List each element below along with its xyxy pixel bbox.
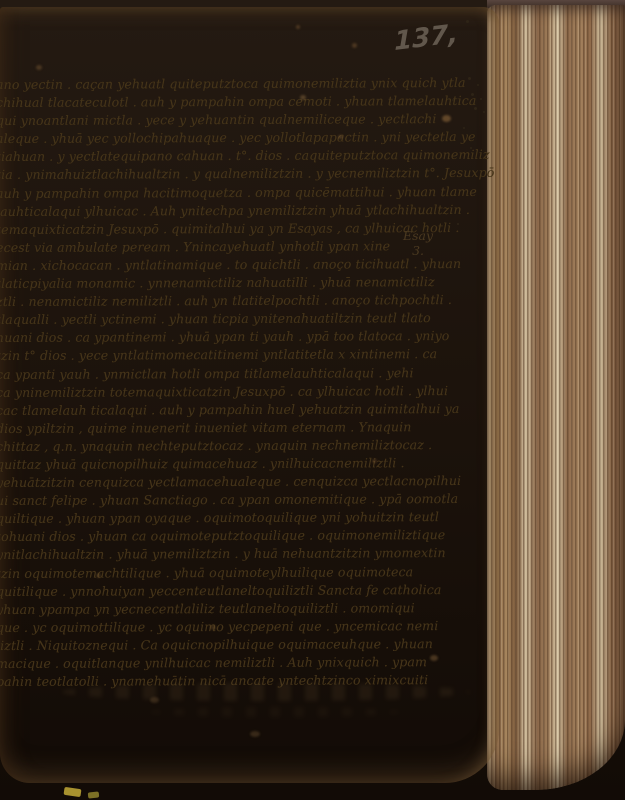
manuscript-line: dios ypiltzin , quime inuenerit inueniet… bbox=[0, 418, 466, 438]
foxing-spot bbox=[210, 625, 216, 630]
manuscript-line: auh y pampahin ompa hacitimoquetza . omp… bbox=[0, 183, 466, 203]
foxing-spot bbox=[250, 731, 260, 737]
edge-fragment bbox=[64, 787, 82, 797]
edge-fragment bbox=[88, 791, 100, 798]
ink-speckle bbox=[470, 147, 472, 149]
ink-speckle bbox=[471, 93, 474, 96]
manuscript-line: tzin t° dios . yece yntlatimomecatitinem… bbox=[0, 345, 466, 365]
manuscript-line: ynitlachihualtzin . yhuā ynemiliztzin . … bbox=[0, 544, 466, 564]
manuscript-line: macique . oquitlanque ynilhuicac nemiliz… bbox=[0, 653, 466, 673]
ink-speckle bbox=[457, 223, 459, 225]
margin-note-ref: Esay bbox=[403, 228, 433, 243]
foxing-spot bbox=[352, 43, 357, 48]
manuscript-line: yehuātzitzin cenquizca yectlamacehualequ… bbox=[0, 472, 466, 492]
manuscript-line: quitilique . ynnohuiyan yeccenteutlanelt… bbox=[0, 581, 466, 601]
book-photo: 137, ano yectin . caçan yehuatl quiteput… bbox=[0, 0, 625, 800]
manuscript-line: tia . ynimahuiztlachihualtzin . y qualne… bbox=[0, 164, 466, 184]
ink-speckle bbox=[480, 98, 482, 100]
ink-speckle bbox=[452, 99, 454, 101]
manuscript-line: ano yectin . caçan yehuatl quiteputztoca… bbox=[0, 74, 466, 94]
manuscript-line: chittaz , q.n. ynaquin nechteputztocaz .… bbox=[0, 436, 466, 456]
ink-speckle bbox=[463, 127, 465, 129]
manuscript-line: ztli . nenamictiliz nemiliztli . auh yn … bbox=[0, 291, 466, 311]
manuscript-line: lauhticalaqui ylhuicac . Auh ynitechpa y… bbox=[0, 201, 466, 221]
manuscript-line: tlaticpiyalia monamic . ynnenamictiliz n… bbox=[0, 273, 466, 293]
foxing-spot bbox=[96, 573, 101, 578]
margin-scripture-note: Esay 3. bbox=[403, 228, 433, 258]
foxing-spot bbox=[372, 459, 377, 463]
foxing-spot bbox=[442, 115, 451, 122]
book-fore-edge-pages bbox=[487, 5, 625, 790]
manuscript-line: mian . xichocacan . yntlatinamique . to … bbox=[0, 255, 466, 275]
ink-speckle bbox=[468, 77, 471, 80]
ink-speckle bbox=[474, 107, 477, 110]
ink-speckle bbox=[483, 111, 485, 113]
foxing-spot bbox=[430, 655, 438, 661]
manuscript-line: ca yninemiliztzin totemaquixticatzin Jes… bbox=[0, 382, 466, 402]
ink-speckle bbox=[477, 84, 479, 86]
manuscript-page: 137, ano yectin . caçan yehuatl quiteput… bbox=[0, 7, 499, 783]
ink-speckle bbox=[466, 20, 469, 23]
manuscript-line: temaquixticatzin Jesuxpō . quimitalhui y… bbox=[0, 219, 466, 239]
manuscript-line: ui sanct felipe . yhuan Sanctiago . ca y… bbox=[0, 490, 466, 510]
manuscript-line: liztli . Niquitoznequi . Ca oquicnopilhu… bbox=[0, 635, 466, 655]
manuscript-line: que . yc oquimottilique . yc oquimo yecp… bbox=[0, 617, 466, 637]
ink-bleed-through bbox=[62, 683, 470, 701]
manuscript-line: quittaz yhuā quicnopilhuiz quimacehuaz .… bbox=[0, 454, 466, 474]
manuscript-line: chihual tlacateculotl . auh y pampahin o… bbox=[0, 92, 466, 112]
manuscript-line: tzin oquimotemachtilique . yhuā oquimote… bbox=[0, 563, 466, 583]
folio-number: 137, bbox=[394, 19, 458, 57]
foxing-spot bbox=[36, 65, 42, 70]
foxing-spot bbox=[338, 135, 343, 139]
foxing-spot bbox=[300, 95, 306, 100]
foxing-spot bbox=[150, 697, 159, 703]
margin-note-number: 3. bbox=[403, 243, 433, 258]
manuscript-line: ecest via ambulate peream . Ynincayehuat… bbox=[0, 237, 466, 257]
manuscript-line: yhuan ypampa yn yecnecentlaliliz teutlan… bbox=[0, 599, 466, 619]
manuscript-line: ca ypanti yauh . ynmictlan hotli ompa ti… bbox=[0, 363, 466, 383]
manuscript-line: cac tlamelauh ticalaqui . auh y pampahin… bbox=[0, 400, 466, 420]
manuscript-text-block: ano yectin . caçan yehuatl quiteputztoca… bbox=[0, 75, 466, 690]
foxing-spot bbox=[296, 25, 300, 29]
ink-bleed-through bbox=[150, 707, 400, 717]
